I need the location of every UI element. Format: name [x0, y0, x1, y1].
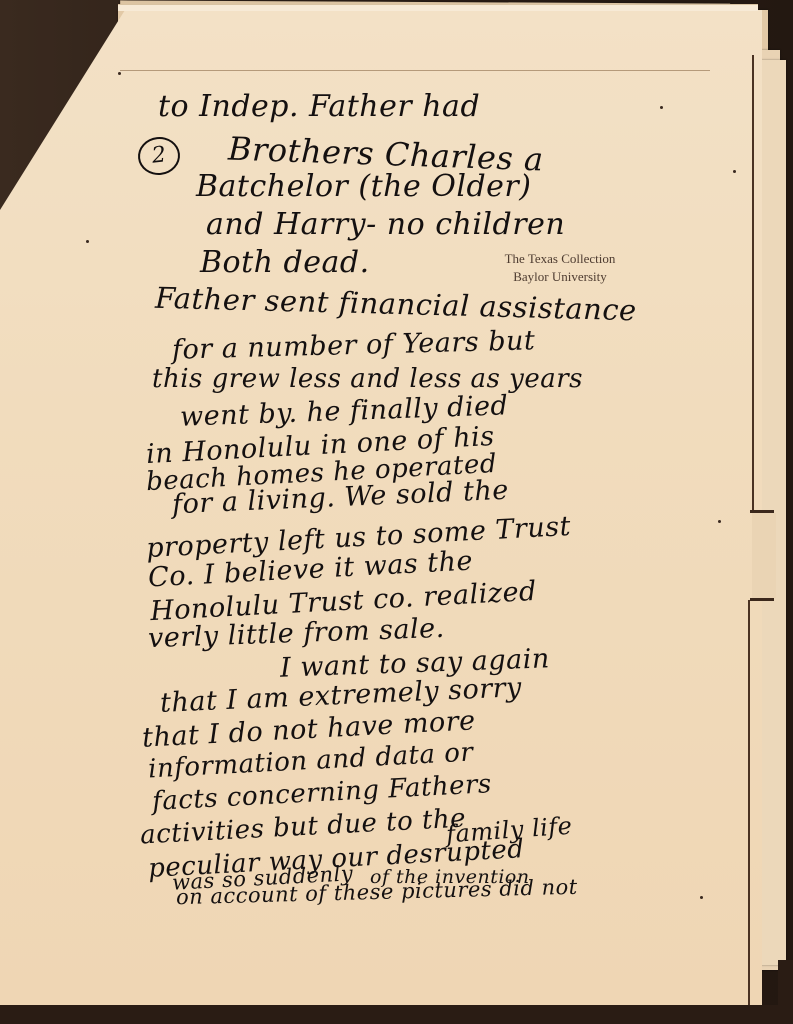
right-margin-line-lower — [748, 600, 750, 1020]
bottom-background — [0, 1005, 793, 1024]
stamp-line-collection: The Texas Collection — [485, 250, 635, 268]
paper-speck — [718, 520, 721, 523]
handwritten-line: and Harry- no children — [206, 210, 565, 240]
right-margin-line — [752, 55, 754, 515]
page-top-edge — [118, 4, 758, 11]
divider-tab — [752, 513, 776, 598]
handwritten-line: Batchelor (the Older) — [196, 172, 531, 202]
paper-speck — [118, 72, 121, 75]
handwritten-line: this grew less and less as years — [152, 366, 583, 392]
tab-notch-bottom — [750, 598, 774, 601]
handwritten-line: Both dead. — [200, 248, 370, 278]
stamp-line-university: Baylor University — [485, 268, 635, 286]
handwritten-line: to Indep. Father had — [158, 92, 480, 122]
paper-speck — [660, 106, 663, 109]
tab-notch-top — [750, 510, 774, 513]
paper-speck — [700, 896, 703, 899]
archive-stamp: The Texas Collection Baylor University — [485, 250, 635, 286]
paper-speck — [86, 240, 89, 243]
corner-background — [778, 960, 793, 1024]
top-rule-line — [120, 70, 710, 71]
paper-speck — [733, 170, 736, 173]
